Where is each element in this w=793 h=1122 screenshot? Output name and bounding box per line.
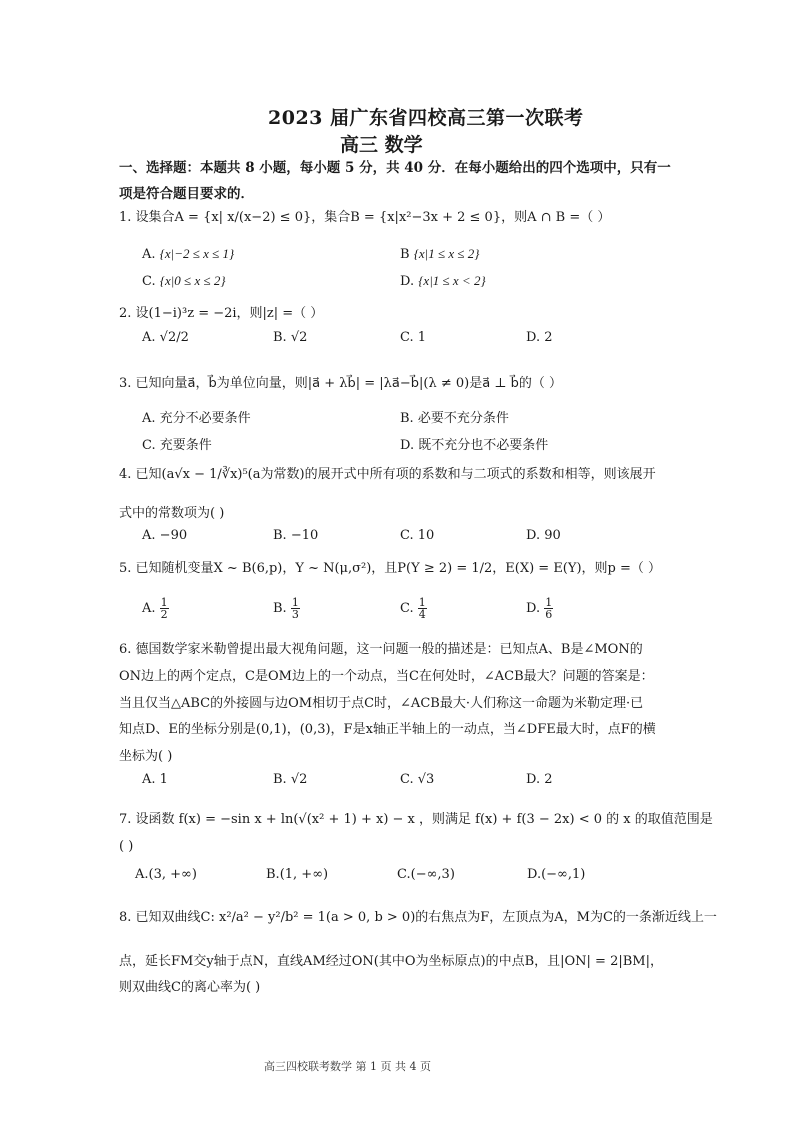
- question-3-option-d: D. 既不充分也不必要条件: [400, 434, 548, 453]
- question-4-stem-line1: 4. 已知(a√x − 1/∛x)⁵(a为常数)的展开式中所有项的系数和与二项式…: [119, 463, 656, 482]
- fraction: 12: [160, 597, 169, 620]
- option-label: C.: [400, 330, 414, 345]
- question-3-stem: 3. 已知向量a⃗，b⃗为单位向量，则|a⃗ + λb⃗| = |λa⃗−b⃗|…: [119, 372, 562, 391]
- fraction: 16: [544, 597, 553, 620]
- option-label: C.: [400, 528, 414, 543]
- option-label: C.: [400, 772, 414, 787]
- question-8-stem-line3: 则双曲线C的离心率为( ): [119, 976, 260, 995]
- option-label: D.: [400, 438, 414, 453]
- question-4-option-c: C. 10: [400, 528, 434, 543]
- option-text: 2: [544, 330, 552, 345]
- option-text: √2: [291, 330, 308, 345]
- option-label: B.: [273, 528, 287, 543]
- option-text: −10: [291, 528, 318, 543]
- question-3-option-c: C. 充要条件: [142, 434, 212, 453]
- option-text: −90: [160, 528, 187, 543]
- option-label: B.: [273, 601, 287, 616]
- option-text: 10: [418, 528, 435, 543]
- fraction: 14: [418, 597, 427, 620]
- question-2-option-d: D. 2: [526, 330, 553, 345]
- option-label: A.: [142, 330, 156, 345]
- option-label: D.: [526, 601, 540, 616]
- option-text: 充分不必要条件: [160, 411, 251, 426]
- option-label: C.: [397, 867, 411, 882]
- question-5-option-d: D. 16: [526, 597, 553, 620]
- option-label: D.: [526, 330, 540, 345]
- option-label: A.: [142, 601, 156, 616]
- question-6-stem-line3: 当且仅当△ABC的外接圆与边OM相切于点C时，∠ACB最大·人们称这一命题为米勒…: [119, 692, 643, 711]
- question-1-option-d: D. {x|1 ≤ x < 2}: [400, 273, 486, 289]
- question-7-stem-line1: 7. 设函数 f(x) = −sin x + ln(√(x² + 1) + x)…: [119, 808, 713, 827]
- question-4-stem-line2: 式中的常数项为( ): [119, 502, 224, 521]
- option-text: 1: [160, 772, 168, 787]
- question-1-stem: 1. 设集合A = {x| x/(x−2) ≤ 0}，集合B = {x|x²−3…: [119, 206, 610, 225]
- exam-subject: 高三 数学: [340, 130, 423, 157]
- question-6-stem-line1: 6. 德国数学家米勒曾提出最大视角问题，这一问题一般的描述是：已知点A、B是∠M…: [119, 638, 643, 657]
- option-label: B.: [273, 772, 287, 787]
- question-6-stem-line4: 知点D、E的坐标分别是(0,1)，(0,3)，F是x轴正半轴上的一动点，当∠DF…: [119, 718, 656, 737]
- question-6-option-d: D. 2: [526, 772, 553, 787]
- question-6-option-b: B. √2: [273, 772, 307, 787]
- option-label: D.: [526, 772, 540, 787]
- option-label: A.: [142, 411, 156, 426]
- option-text: (3, +∞): [149, 867, 197, 882]
- question-8-stem-line1: 8. 已知双曲线C: x²/a² − y²/b² = 1(a > 0, b > …: [119, 906, 717, 925]
- exam-title: 2023 届广东省四校高三第一次联考: [268, 103, 584, 130]
- question-7-stem-line2: ( ): [119, 839, 133, 854]
- question-2-option-b: B. √2: [273, 330, 307, 345]
- option-text: {x|1 ≤ x ≤ 2}: [414, 246, 480, 261]
- option-text: (−∞,3): [411, 867, 455, 882]
- question-3-option-b: B. 必要不充分条件: [400, 407, 509, 426]
- question-5-stem: 5. 已知随机变量X ~ B(6,p)，Y ~ N(μ,σ²)，且P(Y ≥ 2…: [119, 557, 661, 576]
- question-1-option-b: B {x|1 ≤ x ≤ 2}: [400, 246, 479, 262]
- question-3-option-a: A. 充分不必要条件: [142, 407, 251, 426]
- question-7-option-b: B.(1, +∞): [266, 867, 328, 882]
- option-label: A.: [142, 772, 156, 787]
- option-text: {x|−2 ≤ x ≤ 1}: [160, 246, 235, 261]
- option-text: {x|1 ≤ x < 2}: [418, 273, 485, 288]
- question-4-option-d: D. 90: [526, 528, 561, 543]
- question-7-option-a: A.(3, +∞): [135, 867, 197, 882]
- question-6-option-a: A. 1: [142, 772, 168, 787]
- option-text: 充要条件: [160, 438, 212, 453]
- option-text: √2: [291, 772, 308, 787]
- question-4-option-a: A. −90: [142, 528, 187, 543]
- option-label: C.: [142, 438, 156, 453]
- option-text: 既不充分也不必要条件: [418, 438, 548, 453]
- option-label: D.: [527, 867, 541, 882]
- option-label: D.: [400, 274, 414, 289]
- question-2-option-a: A. √2/2: [142, 330, 189, 345]
- option-label: A.: [142, 247, 156, 262]
- option-label: B.: [400, 411, 414, 426]
- question-5-option-b: B. 13: [273, 597, 300, 620]
- option-text: 1: [418, 330, 426, 345]
- option-text: √3: [418, 772, 435, 787]
- option-text: √2/2: [160, 330, 189, 345]
- option-label: C.: [400, 601, 414, 616]
- question-1-option-a: A. {x|−2 ≤ x ≤ 1}: [142, 246, 234, 262]
- question-1-option-c: C. {x|0 ≤ x ≤ 2}: [142, 273, 226, 289]
- question-8-stem-line2: 点，延长FM交y轴于点N，直线AM经过ON(其中O为坐标原点)的中点B，且|ON…: [119, 950, 663, 969]
- question-6-stem-line2: ON边上的两个定点，C是OM边上的一个动点，当C在何处时，∠ACB最大？问题的答…: [119, 665, 654, 684]
- option-label: B.: [266, 867, 280, 882]
- option-text: 2: [544, 772, 552, 787]
- option-text: (−∞,1): [541, 867, 585, 882]
- question-6-option-c: C. √3: [400, 772, 434, 787]
- fraction: 13: [291, 597, 300, 620]
- option-label: B.: [273, 330, 287, 345]
- option-text: (1, +∞): [280, 867, 328, 882]
- option-label: B: [400, 247, 410, 262]
- question-2-stem: 2. 设(1−i)³z = −2i，则|z| =（ ）: [119, 302, 323, 321]
- question-2-option-c: C. 1: [400, 330, 426, 345]
- option-text: 必要不充分条件: [418, 411, 509, 426]
- question-4-option-b: B. −10: [273, 528, 318, 543]
- option-label: A.: [142, 528, 156, 543]
- section-instructions-line2: 项是符合题目要求的．: [119, 182, 254, 202]
- option-text: {x|0 ≤ x ≤ 2}: [160, 273, 226, 288]
- question-5-option-a: A. 12: [142, 597, 169, 620]
- option-label: D.: [526, 528, 540, 543]
- question-7-option-d: D.(−∞,1): [527, 867, 585, 882]
- section-instructions-line1: 一、选择题：本题共 8 小题，每小题 5 分，共 40 分．在每小题给出的四个选…: [119, 156, 671, 176]
- page-footer: 高三四校联考数学 第 1 页 共 4 页: [264, 1058, 431, 1074]
- question-5-option-c: C. 14: [400, 597, 427, 620]
- option-text: 90: [544, 528, 561, 543]
- question-6-stem-line5: 坐标为( ): [119, 745, 172, 764]
- option-label: C.: [142, 274, 156, 289]
- question-7-option-c: C.(−∞,3): [397, 867, 455, 882]
- option-label: A.: [135, 867, 149, 882]
